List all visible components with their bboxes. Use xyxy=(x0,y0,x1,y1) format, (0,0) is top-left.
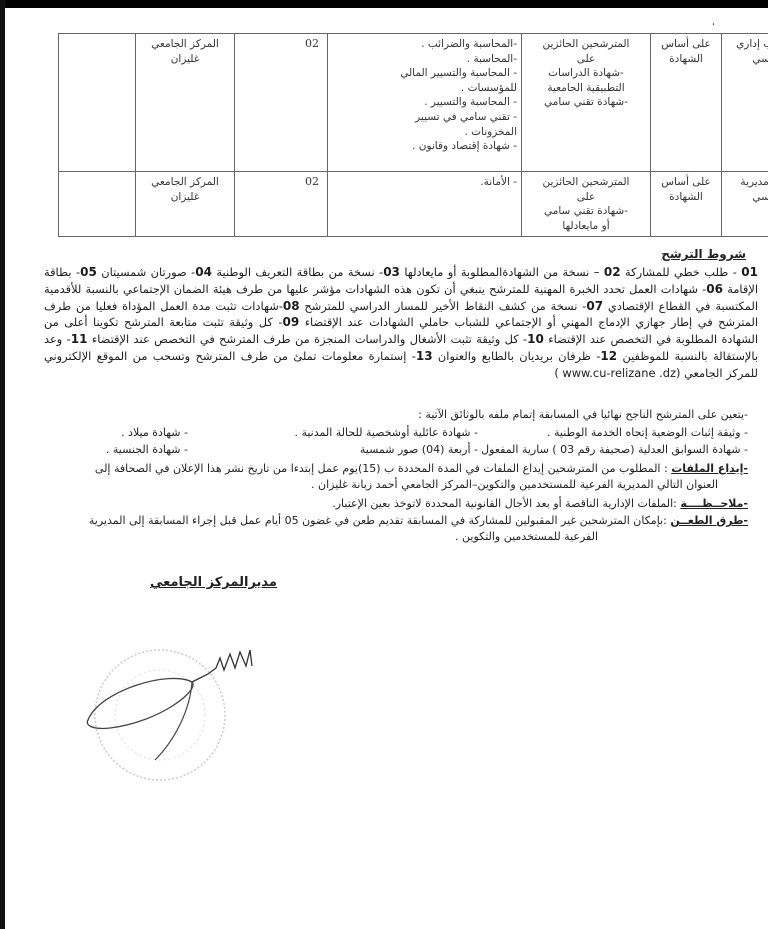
table-row: محاسب إداري رئيسيعلى أساس الشهادةالمترشح… xyxy=(59,34,768,172)
doc-item: - أربعة (04) صور شمسية xyxy=(188,443,478,456)
job-title-cell: كاتب مديرية رئيسي xyxy=(722,172,768,237)
note-label: -ملاحــظــــة xyxy=(680,497,748,510)
condition-number: 02 xyxy=(604,265,621,279)
filing-text: : المطلوب من المترشحين إيداع الملفات في … xyxy=(95,462,671,475)
appeal-text: :بإمكان المترشحين غير المقبولين للمشاركة… xyxy=(89,514,670,527)
location-cell: المركز الجامعيغليزان xyxy=(136,34,235,172)
signer-title: مديرالمركز الجامعي xyxy=(150,575,277,590)
note-paragraph: -ملاحــظــــة :الملفات الإدارية الناقصة … xyxy=(38,496,748,512)
appeal-paragraph: -طرق الطعــن :بإمكان المترشحين غير المقب… xyxy=(38,513,748,545)
condition-line: -شهادة الدراسات xyxy=(526,66,646,81)
doc-item: - شهادة السوابق العدلية (صحيفة رقم 03 ) … xyxy=(478,443,748,456)
recruitment-mode-cell: على أساس الشهادة xyxy=(651,34,722,172)
empty-cell xyxy=(59,172,136,237)
positions-count-cell: 02 xyxy=(235,172,328,237)
condition-number: 08 xyxy=(283,299,300,313)
condition-number: 03 xyxy=(383,265,400,279)
recruitment-mode-cell: على أساس الشهادة xyxy=(651,172,722,237)
signature-stamp xyxy=(80,630,300,814)
condition-number: 06 xyxy=(706,282,723,296)
page-mark: ، xyxy=(712,18,715,28)
location-cell: المركز الجامعيغليزان xyxy=(136,172,235,237)
location-line: غليزان xyxy=(140,52,230,67)
condition-number: 01 xyxy=(741,265,758,279)
doc-item: - شهادة الجنسية . xyxy=(106,443,188,456)
condition-number: 05 xyxy=(80,265,97,279)
filing-address: العنوان التالي المديرية الفرعية للمستخدم… xyxy=(311,477,748,493)
condition-number: 07 xyxy=(586,299,603,313)
doc-item: - شهادة ميلاد . xyxy=(121,426,188,439)
condition-line: المترشحين الحائزين xyxy=(526,37,646,52)
condition-text: - كل وثيقة تثبت الأشغال والدراسات المنجز… xyxy=(88,332,528,346)
location-line: المركز الجامعي xyxy=(140,37,230,52)
location-line: المركز الجامعي xyxy=(140,175,230,190)
signature-icon xyxy=(80,630,300,810)
required-docs-row-1: - وثيقة إثبات الوضعية إتجاه الخدمة الوطن… xyxy=(48,426,748,439)
condition-text: - نسخة من كشف النقاط الأخير للمسار الدرا… xyxy=(300,299,587,313)
specialties-cell: - الأمانة. xyxy=(328,172,522,237)
required-docs-row-2: - شهادة السوابق العدلية (صحيفة رقم 03 ) … xyxy=(48,443,748,456)
condition-text: - نسخة من بطاقة التعريف الوطنية xyxy=(212,265,383,279)
scan-top-border xyxy=(0,0,768,8)
condition-line: التطبيقية الجامعية xyxy=(526,81,646,96)
specialty-line: - المحاسبة والتسيير المالي xyxy=(332,66,517,81)
condition-line: -شهادة تقني سامي xyxy=(526,95,646,110)
condition-text: – نسخة من الشهادةالمطلوبة أو مايعادلها xyxy=(400,265,604,279)
specialty-line: - المحاسبة والتسيير . xyxy=(332,95,517,110)
scan-left-border xyxy=(0,0,5,929)
condition-text: - صورتان شمسيتان xyxy=(97,265,195,279)
conditions-cell: المترشحين الحائزينعلى-شهادة الدراساتالتط… xyxy=(522,34,651,172)
condition-number: 10 xyxy=(527,332,544,346)
specialty-line: المخزونات . xyxy=(332,125,517,140)
empty-cell xyxy=(59,34,136,172)
doc-item: - شهادة عائلية أوشخصية للحالة المدنية . xyxy=(188,426,478,439)
doc-item: - وثيقة إثبات الوضعية إتجاه الخدمة الوطن… xyxy=(478,426,748,439)
condition-text: - طلب خطي للمشاركة xyxy=(621,265,742,279)
jobs-table: محاسب إداري رئيسيعلى أساس الشهادةالمترشح… xyxy=(58,33,768,237)
condition-number: 12 xyxy=(600,349,617,363)
job-title-cell: محاسب إداري رئيسي xyxy=(722,34,768,172)
filing-label: -إيداع الملفات xyxy=(671,462,748,475)
successful-candidate-intro: -يتعين على المترشح الناجح نهائيا في المس… xyxy=(418,408,748,421)
specialty-line: للمؤسسات . xyxy=(332,81,517,96)
condition-line: المترشحين الحائزين xyxy=(526,175,646,190)
condition-line: أو مايعادلها xyxy=(526,219,646,234)
condition-number: 09 xyxy=(282,315,299,329)
conditions-heading: شروط الترشح xyxy=(661,247,746,261)
specialties-cell: -المحاسبة والضرائب .-المحاسبة .- المحاسب… xyxy=(328,34,522,172)
location-line: غليزان xyxy=(140,190,230,205)
appeal-label: -طرق الطعــن xyxy=(670,514,748,527)
condition-number: 13 xyxy=(416,349,433,363)
filing-paragraph: -إيداع الملفات : المطلوب من المترشحين إي… xyxy=(38,461,748,493)
specialty-line: -المحاسبة . xyxy=(332,52,517,67)
condition-line: على xyxy=(526,52,646,67)
appeal-text-2: الفرعية للمستخدمين والتكوين . xyxy=(455,529,748,545)
condition-number: 04 xyxy=(195,265,212,279)
specialty-line: -المحاسبة والضرائب . xyxy=(332,37,517,52)
condition-line: على xyxy=(526,190,646,205)
condition-line: -شهادة تقني سامي xyxy=(526,204,646,219)
table-row: كاتب مديرية رئيسيعلى أساس الشهادةالمترشح… xyxy=(59,172,768,237)
conditions-list: 01 - طلب خطي للمشاركة 02 – نسخة من الشها… xyxy=(44,264,758,382)
note-text: :الملفات الإدارية الناقصة أو بعد الأجال … xyxy=(332,497,680,510)
specialty-line: - تقني سامي في تسيير xyxy=(332,110,517,125)
conditions-cell: المترشحين الحائزينعلى-شهادة تقني ساميأو … xyxy=(522,172,651,237)
positions-count-cell: 02 xyxy=(235,34,328,172)
specialty-line: - الأمانة. xyxy=(332,175,517,190)
condition-number: 11 xyxy=(71,332,88,346)
specialty-line: - شهادة إقتصاد وقانون . xyxy=(332,139,517,154)
condition-text: - ظرفان بريديان بالطابع والعنوان xyxy=(433,349,601,363)
